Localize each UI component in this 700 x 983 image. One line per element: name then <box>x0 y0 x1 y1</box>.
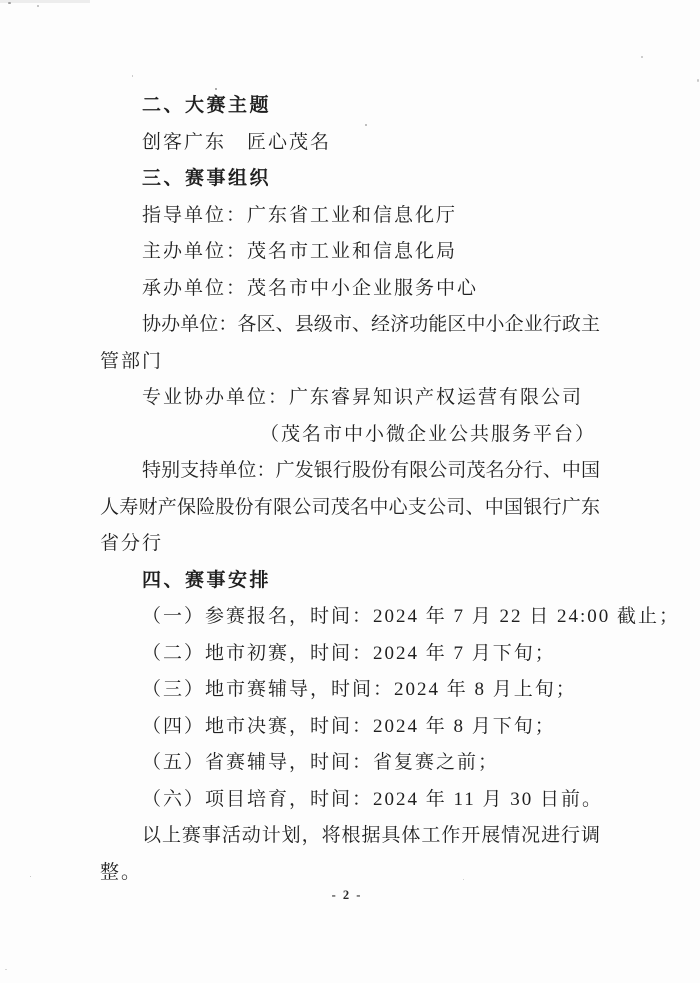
text-line: 承办单位：茂名市中小企业服务中心 <box>100 271 600 308</box>
text-line: 以上赛事活动计划，将根据具体工作开展情况进行调 <box>100 818 600 855</box>
scan-speck <box>37 5 39 7</box>
text-line: 协办单位：各区、县级市、经济功能区中小企业行政主 <box>100 307 600 344</box>
text-line: 整。 <box>100 855 600 892</box>
text-line: 指导单位：广东省工业和信息化厅 <box>100 198 600 235</box>
scanned-document-page: 二、大赛主题创客广东 匠心茂名三、赛事组织指导单位：广东省工业和信息化厅主办单位… <box>0 0 700 983</box>
text-line: 专业协办单位：广东睿昇知识产权运营有限公司 <box>100 380 600 417</box>
scan-speck <box>697 79 699 82</box>
text-line: 特别支持单位：广发银行股份有限公司茂名分行、中国 <box>100 453 600 490</box>
scan-speck <box>30 876 31 877</box>
text-line: （二）地市初赛，时间：2024 年 7 月下旬； <box>100 636 600 673</box>
text-line: （三）地市赛辅导，时间：2024 年 8 月上旬； <box>100 672 600 709</box>
text-line: （五）省赛辅导，时间：省复赛之前； <box>100 745 600 782</box>
text-line: （六）项目培育，时间：2024 年 11 月 30 日前。 <box>100 782 600 819</box>
scan-speck <box>5 969 7 970</box>
paren-note-line: （茂名市中小微企业公共服务平台） <box>100 417 600 454</box>
scan-speck <box>215 88 217 90</box>
text-line: （四）地市决赛，时间：2024 年 8 月下旬； <box>100 709 600 746</box>
text-line: 管部门 <box>100 344 600 381</box>
text-line: （一）参赛报名，时间：2024 年 7 月 22 日 24:00 截止； <box>100 599 600 636</box>
text-line: 人寿财产保险股份有限公司茂名中心支公司、中国银行广东 <box>100 490 600 527</box>
section-heading: 二、大赛主题 <box>100 88 600 125</box>
text-line: 创客广东 匠心茂名 <box>100 125 600 162</box>
scan-speck <box>132 75 133 77</box>
section-heading: 三、赛事组织 <box>100 161 600 198</box>
section-heading: 四、赛事安排 <box>100 563 600 600</box>
scan-speck <box>641 56 643 58</box>
scan-speck <box>463 879 464 880</box>
text-line: 省分行 <box>100 526 600 563</box>
scan-speck <box>8 2 11 4</box>
page-number: - 2 - <box>0 888 694 903</box>
scan-speck <box>365 124 367 126</box>
text-line: 主办单位：茂名市工业和信息化局 <box>100 234 600 271</box>
document-body: 二、大赛主题创客广东 匠心茂名三、赛事组织指导单位：广东省工业和信息化厅主办单位… <box>100 88 600 891</box>
